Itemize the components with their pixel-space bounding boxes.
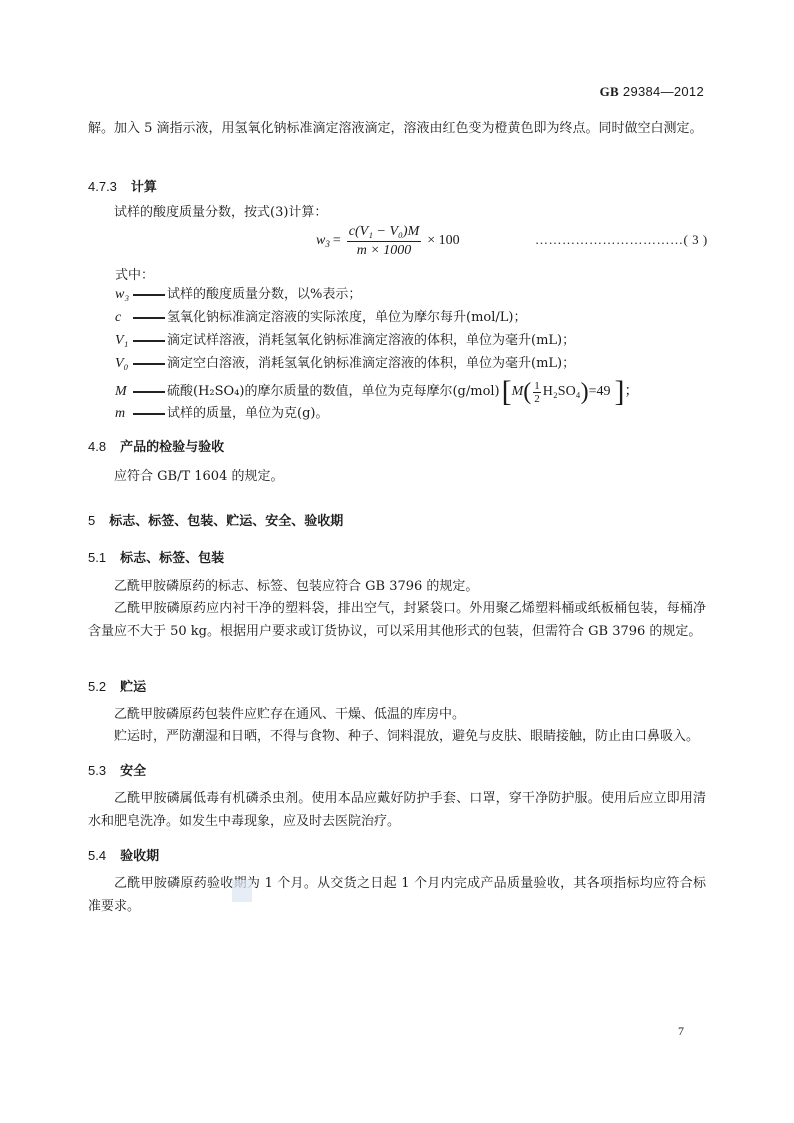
watermark-mark [232, 880, 252, 902]
bracket-value: =49 [589, 382, 611, 402]
definition-symbol: m [115, 404, 133, 424]
definition-v1: V₁滴定试样溶液，消耗氢氧化钠标准滴定溶液的体积，单位为毫升(mL)； [115, 331, 575, 351]
section-title: 产品的检验与验收 [120, 440, 224, 455]
definition-symbol: V₁ [115, 331, 133, 351]
definition-symbol: w₃ [115, 285, 133, 305]
page-number: 7 [678, 1024, 684, 1039]
formula-lhs: w3 [316, 233, 330, 249]
section-title: 标志、标签、包装 [120, 551, 224, 566]
standard-prefix: GB [600, 84, 619, 99]
definition-text: 试样的酸度质量分数，以%表示； [167, 285, 361, 305]
definition-text: 硫酸(H₂SO₄)的摩尔质量的数值，单位为克每摩尔(g/mol) [167, 382, 500, 402]
section-number: 5 [88, 513, 95, 528]
section-number: 4.8 [88, 439, 106, 454]
formula-numerator: c(V₁ − V₀)M [347, 224, 422, 242]
paragraph-5-2-a: 乙酰甲胺磷原药包装件应贮存在通风、干燥、低温的库房中。 [88, 703, 706, 726]
where-label: 式中： [115, 264, 415, 287]
definition-m: m试样的质量，单位为克(g)。 [115, 404, 328, 424]
formula-equals: = [333, 233, 341, 249]
section-number: 5.1 [88, 550, 106, 565]
section-number: 5.4 [88, 848, 106, 863]
definition-symbol: M [115, 382, 133, 402]
section-title: 标志、标签、包装、贮运、安全、验收期 [109, 514, 343, 529]
formula-intro: 试样的酸度质量分数，按式(3)计算： [88, 201, 706, 224]
section-heading-5-3: 5.3安全 [88, 760, 146, 779]
continuation-paragraph: 解。加入 5 滴指示液，用氢氧化钠标准滴定溶液滴定，溶液由红色变为橙黄色即为终点… [88, 117, 706, 140]
section-title: 贮运 [120, 680, 146, 695]
section-heading-4-7-3: 4.7.3计算 [88, 176, 157, 195]
half-fraction: 12 [533, 380, 541, 405]
paragraph-5-4: 乙酰甲胺磷原药验收期为 1 个月。从交货之日起 1 个月内完成产品质量验收，其各… [88, 872, 706, 918]
standard-number: 29384—2012 [623, 84, 704, 99]
section-title: 验收期 [120, 849, 159, 864]
definition-text: 滴定空白溶液，消耗氢氧化钠标准滴定溶液的体积，单位为毫升(mL)； [167, 354, 575, 374]
section-heading-5: 5标志、标签、包装、贮运、安全、验收期 [88, 510, 343, 529]
formula-fraction: c(V₁ − V₀)M m × 1000 [347, 224, 422, 259]
definition-text: 试样的质量，单位为克(g)。 [167, 404, 328, 424]
definition-symbol: c [115, 308, 133, 328]
definition-symbol: V₀ [115, 354, 133, 374]
paragraph-5-1-b: 乙酰甲胺磷原药应内衬干净的塑料袋，排出空气，封紧袋口。外用聚乙烯塑料桶或纸板桶包… [88, 597, 706, 643]
section-number: 5.3 [88, 763, 106, 778]
section-number: 4.7.3 [88, 179, 117, 194]
em-dash [133, 413, 165, 415]
em-dash [133, 317, 165, 319]
molar-mass-bracket: [ M ( 12 H₂SO₄ ) =49 ] ； [502, 377, 639, 407]
em-dash [133, 391, 165, 393]
definition-v0: V₀滴定空白溶液，消耗氢氧化钠标准滴定溶液的体积，单位为毫升(mL)； [115, 354, 575, 374]
section-title: 计算 [131, 180, 157, 195]
section-heading-5-1: 5.1标志、标签、包装 [88, 547, 224, 566]
section-heading-5-4: 5.4验收期 [88, 845, 159, 864]
section-title: 安全 [120, 764, 146, 779]
definition-text: 滴定试样溶液，消耗氢氧化钠标准滴定溶液的体积，单位为毫升(mL)； [167, 331, 575, 351]
section-heading-4-8: 4.8产品的检验与验收 [88, 436, 224, 455]
em-dash [133, 294, 165, 296]
paragraph-5-2-b: 贮运时，严防潮湿和日晒，不得与食物、种子、饲料混放，避免与皮肤、眼睛接触，防止由… [88, 725, 706, 748]
em-dash [133, 363, 165, 365]
bracket-formula: H₂SO₄ [543, 382, 581, 402]
definition-w3: w₃试样的酸度质量分数，以%表示； [115, 285, 361, 305]
section-number: 5.2 [88, 679, 106, 694]
formula-3: w3 = c(V₁ − V₀)M m × 1000 × 100 [316, 222, 460, 260]
equation-number: ……………………………( 3 ) [535, 232, 708, 248]
section-heading-5-2: 5.2贮运 [88, 676, 146, 695]
paragraph-5-3: 乙酰甲胺磷属低毒有机磷杀虫剂。使用本品应戴好防护手套、口罩，穿干净防护服。使用后… [88, 787, 706, 833]
document-page: GB 29384—2012 解。加入 5 滴指示液，用氢氧化钠标准滴定溶液滴定，… [0, 0, 794, 1123]
formula-multiplier: × 100 [427, 233, 459, 249]
definition-c: c氢氧化钠标准滴定溶液的实际浓度，单位为摩尔每升(mol/L)； [115, 308, 526, 328]
bracket-symbol-M: M [512, 382, 524, 402]
em-dash [133, 340, 165, 342]
definition-text: 氢氧化钠标准滴定溶液的实际浓度，单位为摩尔每升(mol/L)； [167, 308, 526, 328]
formula-denominator: m × 1000 [357, 242, 412, 259]
standard-id-header: GB 29384—2012 [600, 84, 704, 100]
paragraph-5-1-a: 乙酰甲胺磷原药的标志、标签、包装应符合 GB 3796 的规定。 [88, 575, 706, 598]
paragraph-4-8: 应符合 GB/T 1604 的规定。 [88, 465, 706, 488]
